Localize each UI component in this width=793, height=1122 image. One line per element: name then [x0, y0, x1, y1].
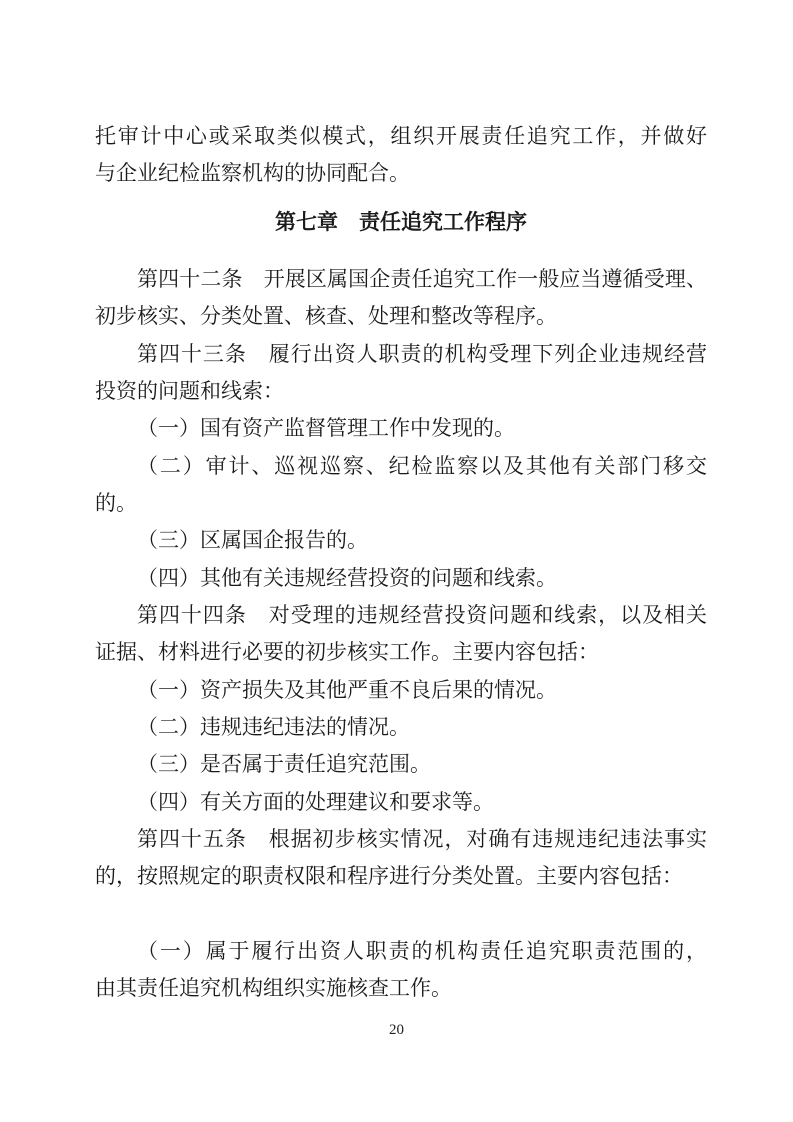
text-line: 投资的问题和线索： [95, 373, 707, 410]
text-line: 初步核实、分类处置、核查、处理和整改等程序。 [95, 298, 707, 335]
text-line: （一）国有资产监督管理工作中发现的。 [95, 410, 707, 447]
text-line: 第四十四条 对受理的违规经营投资问题和线索，以及相关 [95, 597, 707, 634]
text-line: 第四十二条 开展区属国企责任追究工作一般应当遵循受理、 [95, 261, 707, 298]
blank-line [95, 896, 707, 933]
page-content: 托审计中心或采取类似模式，组织开展责任追究工作，并做好与企业纪检监察机构的协同配… [95, 118, 707, 1008]
text-line: （三）是否属于责任追究范围。 [95, 746, 707, 783]
text-line: 与企业纪检监察机构的协同配合。 [95, 155, 707, 192]
text-line: （一）属于履行出资人职责的机构责任追究职责范围的， [95, 933, 707, 970]
text-line: （二）违规违纪违法的情况。 [95, 709, 707, 746]
text-line: 第四十三条 履行出资人职责的机构受理下列企业违规经营 [95, 336, 707, 373]
text-line: 的。 [95, 485, 707, 522]
text-line: 由其责任追究机构组织实施核查工作。 [95, 970, 707, 1007]
chapter-heading: 第七章 责任追究工作程序 [95, 204, 707, 241]
page-footer: 20 [0, 1022, 793, 1039]
text-line: （二）审计、巡视巡察、纪检监察以及其他有关部门移交 [95, 448, 707, 485]
text-line: （一）资产损失及其他严重不良后果的情况。 [95, 672, 707, 709]
page-number: 20 [389, 1022, 404, 1038]
text-line: （四）其他有关违规经营投资的问题和线索。 [95, 560, 707, 597]
text-line: （三）区属国企报告的。 [95, 522, 707, 559]
text-line: 第四十五条 根据初步核实情况，对确有违规违纪违法事实 [95, 821, 707, 858]
text-line: （四）有关方面的处理建议和要求等。 [95, 784, 707, 821]
text-line: 证据、材料进行必要的初步核实工作。主要内容包括： [95, 634, 707, 671]
document-page: 托审计中心或采取类似模式，组织开展责任追究工作，并做好与企业纪检监察机构的协同配… [0, 0, 793, 1122]
text-line: 的，按照规定的职责权限和程序进行分类处置。主要内容包括： [95, 858, 707, 895]
text-line: 托审计中心或采取类似模式，组织开展责任追究工作，并做好 [95, 118, 707, 155]
